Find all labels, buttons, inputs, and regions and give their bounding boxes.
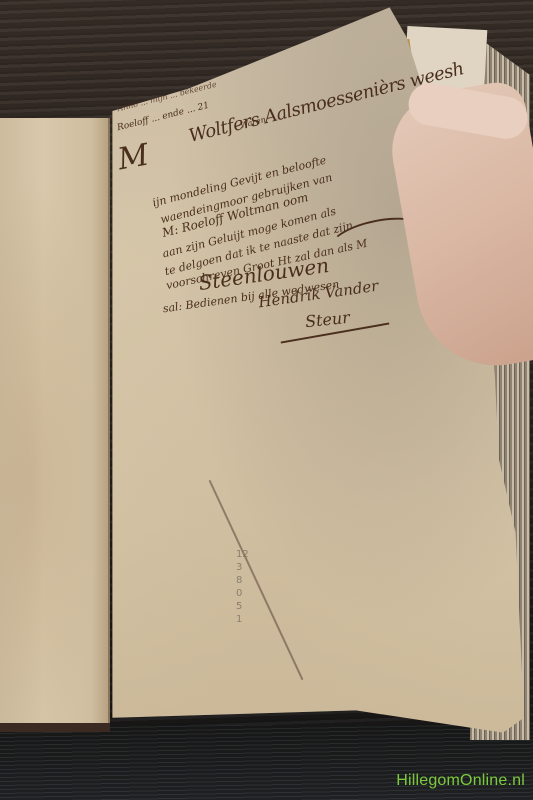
photo-scene: Anno ... mijn ... bekeerde Roeloff ... e… [0,0,533,800]
left-page [0,118,110,723]
watermark: HillegomOnline.nl [396,772,525,790]
pencil-note: 12 3 8 0 5 1 [236,548,249,626]
decorated-initial: M [115,138,151,178]
